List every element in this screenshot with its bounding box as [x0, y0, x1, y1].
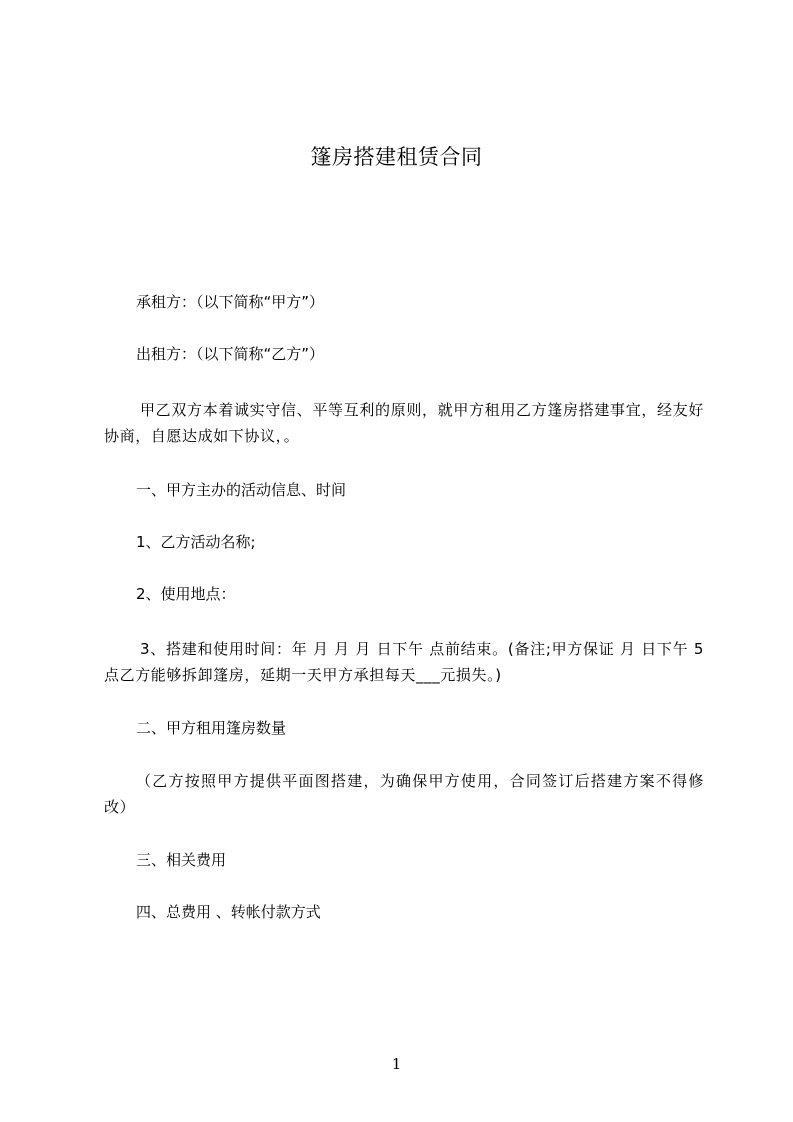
preamble-paragraph: 甲乙双方本着诚实守信、平等互利的原则，就甲方租用乙方篷房搭建事宜，经友好协商，自…	[104, 397, 704, 449]
section-2-heading: 二、甲方租用篷房数量	[104, 715, 704, 741]
item-3-schedule: 3、搭建和使用时间：年 月 月 月 日下午 点前结束。(备注;甲方保证 月 日下…	[104, 636, 704, 688]
lessor-line: 出租方：（以下简称“乙方”）	[104, 341, 704, 367]
document-title: 篷房搭建租赁合同	[0, 141, 793, 173]
section-1-heading: 一、甲方主办的活动信息、时间	[104, 477, 704, 503]
section-2-note: （乙方按照甲方提供平面图搭建，为确保甲方使用，合同签订后搭建方案不得修改）	[104, 768, 704, 820]
section-4-heading: 四、总费用 、转帐付款方式	[104, 899, 704, 925]
item-1-activity-name: 1、乙方活动名称;	[104, 529, 704, 555]
document-page: 篷房搭建租赁合同 承租方：（以下简称“甲方”） 出租方：（以下简称“乙方”） 甲…	[0, 0, 793, 1122]
lessee-line: 承租方：（以下简称“甲方”）	[104, 289, 704, 315]
section-3-heading: 三、相关费用	[104, 847, 704, 873]
item-2-location: 2、使用地点：	[104, 581, 704, 607]
page-number: 1	[0, 1055, 793, 1073]
